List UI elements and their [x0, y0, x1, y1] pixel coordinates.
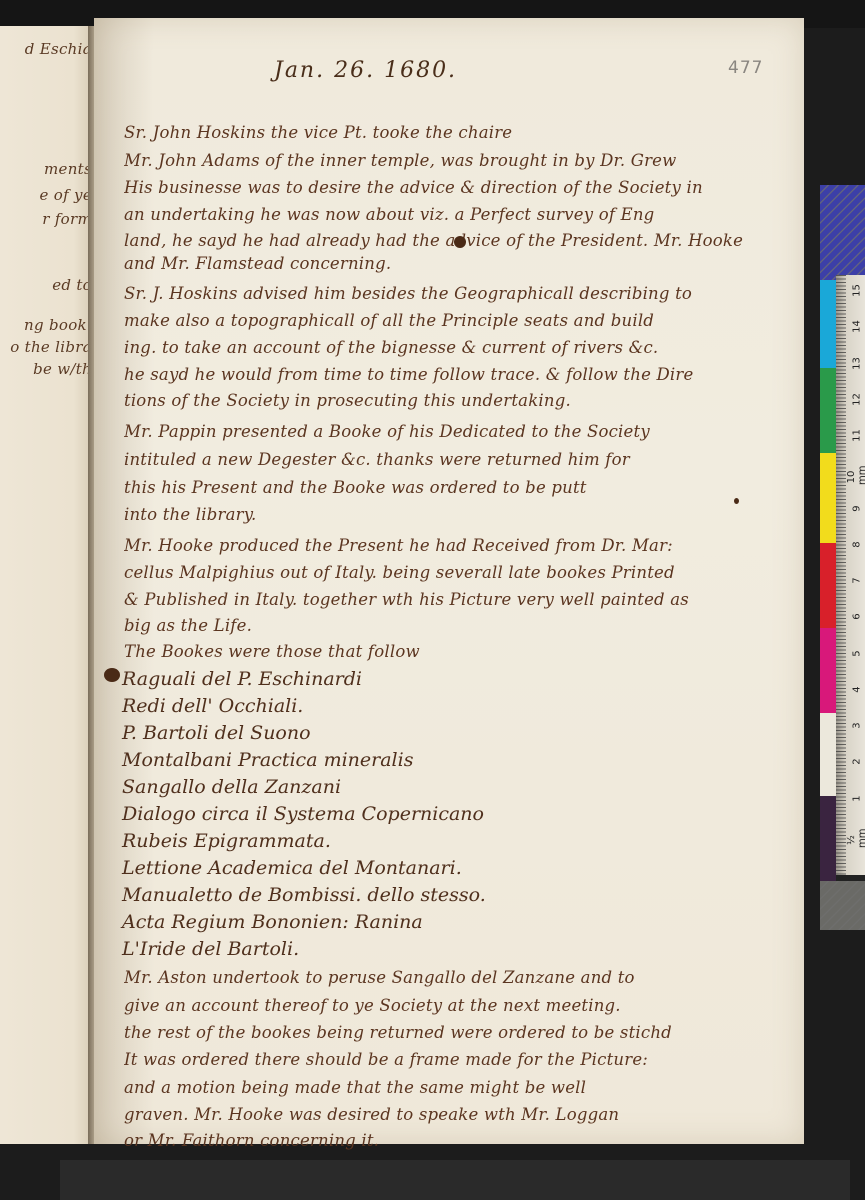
color-patch-grey-textured [820, 881, 865, 930]
color-patch-magenta [820, 628, 836, 713]
manuscript-line: Mr. John Adams of the inner temple, was … [124, 151, 804, 170]
date-heading: Jan. 26. 1680. [274, 58, 457, 83]
ruler-label: ½ mm [846, 832, 865, 848]
book-list-item: Acta Regium Bononien: Ranina [122, 911, 423, 933]
ruler-label: 15 [852, 283, 863, 299]
ink-blot [454, 236, 466, 248]
manuscript-line: Mr. Aston undertook to peruse Sangallo d… [124, 968, 804, 987]
ruler-label: 5 [852, 645, 863, 661]
color-patch-cyan [820, 280, 836, 368]
manuscript-line: an undertaking he was now about viz. a P… [124, 205, 804, 224]
ruler-label: 14 [852, 319, 863, 335]
manuscript-line: His businesse was to desire the advice &… [124, 178, 804, 197]
manuscript-line: intituled a new Degester &c. thanks were… [124, 450, 804, 469]
manuscript-line: and a motion being made that the same mi… [124, 1078, 804, 1097]
book-list-item: Raguali del P. Eschinardi [122, 668, 362, 690]
ruler-label: 12 [852, 391, 863, 407]
manuscript-line: and Mr. Flamstead concerning. [124, 254, 804, 273]
ruler-label: 6 [852, 609, 863, 625]
book-list-intro: The Bookes were those that follow [124, 642, 804, 661]
book-list-item: Lettione Academica del Montanari. [122, 857, 462, 879]
ruler-label: 4 [852, 681, 863, 697]
book-list-item: Manualetto de Bombissi. dello stesso. [122, 884, 486, 906]
ruler-label: 8 [852, 536, 863, 552]
manuscript-line: he sayd he would from time to time follo… [124, 365, 804, 384]
ruler-label: 13 [852, 355, 863, 371]
previous-page-text: ed to [0, 276, 92, 294]
ruler-label: 7 [852, 573, 863, 589]
measurement-ruler: 151413121110 mm987654321½ mm [836, 275, 865, 875]
ruler-label: 1 [852, 790, 863, 806]
ruler-ticks [836, 275, 846, 875]
manuscript-line: It was ordered there should be a frame m… [124, 1050, 804, 1069]
manuscript-line: & Published in Italy. together wth his P… [124, 590, 804, 609]
ruler-label: 9 [852, 500, 863, 516]
ruler-label: 10 mm [846, 469, 865, 485]
folio-number: 477 [728, 58, 763, 78]
manuscript-line: make also a topographicall of all the Pr… [124, 311, 804, 330]
manuscript-line: Mr. Pappin presented a Booke of his Dedi… [124, 422, 804, 441]
previous-page-fragment: d Eschiamentse of yer formed tong book.o… [0, 26, 92, 1144]
ink-blot [104, 668, 120, 682]
color-patch-green [820, 368, 836, 453]
previous-page-text: e of ye [0, 186, 92, 204]
book-list-item: P. Bartoli del Suono [122, 722, 311, 744]
ruler-label: 2 [852, 754, 863, 770]
manuscript-line: graven. Mr. Hooke was desired to speake … [124, 1105, 804, 1124]
previous-page-text: ng book. [0, 316, 92, 334]
previous-page-text: r form [0, 210, 92, 228]
manuscript-line: tions of the Society in prosecuting this… [124, 391, 804, 410]
manuscript-line: or Mr. Faithorn concerning it. [124, 1131, 804, 1150]
color-patch-blue-textured [820, 185, 865, 280]
color-patch-red [820, 543, 836, 628]
book-list-item: Sangallo della Zanzani [122, 776, 341, 798]
manuscript-line: into the library. [124, 505, 804, 524]
manuscript-line: ing. to take an account of the bignesse … [124, 338, 804, 357]
color-patch-white [820, 713, 836, 796]
manuscript-line: big as the Life. [124, 616, 804, 635]
ruler-label: 3 [852, 718, 863, 734]
manuscript-line: the rest of the bookes being returned we… [124, 1023, 804, 1042]
book-list-item: Redi dell' Occhiali. [122, 695, 303, 717]
previous-page-text: d Eschia [0, 40, 92, 58]
scan-backdrop-bottom [60, 1160, 850, 1200]
manuscript-line: Mr. Hooke produced the Present he had Re… [124, 536, 804, 555]
color-calibration-target: 151413121110 mm987654321½ mm [820, 185, 865, 930]
color-patch-purple [820, 796, 836, 881]
previous-page-text: be w/th [0, 360, 92, 378]
book-list-item: Dialogo circa il Systema Copernicano [122, 803, 484, 825]
manuscript-line: this his Present and the Booke was order… [124, 478, 804, 497]
manuscript-line: cellus Malpighius out of Italy. being se… [124, 563, 804, 582]
manuscript-line: Sr. J. Hoskins advised him besides the G… [124, 284, 804, 303]
ink-blot [734, 498, 739, 504]
manuscript-line: give an account thereof to ye Society at… [124, 996, 804, 1015]
book-list-item: Rubeis Epigrammata. [122, 830, 331, 852]
book-list-item: Montalbani Practica mineralis [122, 749, 413, 771]
book-list-item: L'Iride del Bartoli. [122, 938, 299, 960]
color-patch-yellow [820, 453, 836, 543]
manuscript-page: 477 Jan. 26. 1680. Sr. John Hoskins the … [94, 18, 804, 1144]
manuscript-line: Sr. John Hoskins the vice Pt. tooke the … [124, 123, 804, 142]
previous-page-text: ments [0, 160, 92, 178]
ruler-label: 11 [852, 428, 863, 444]
previous-page-text: o the libra [0, 338, 92, 356]
